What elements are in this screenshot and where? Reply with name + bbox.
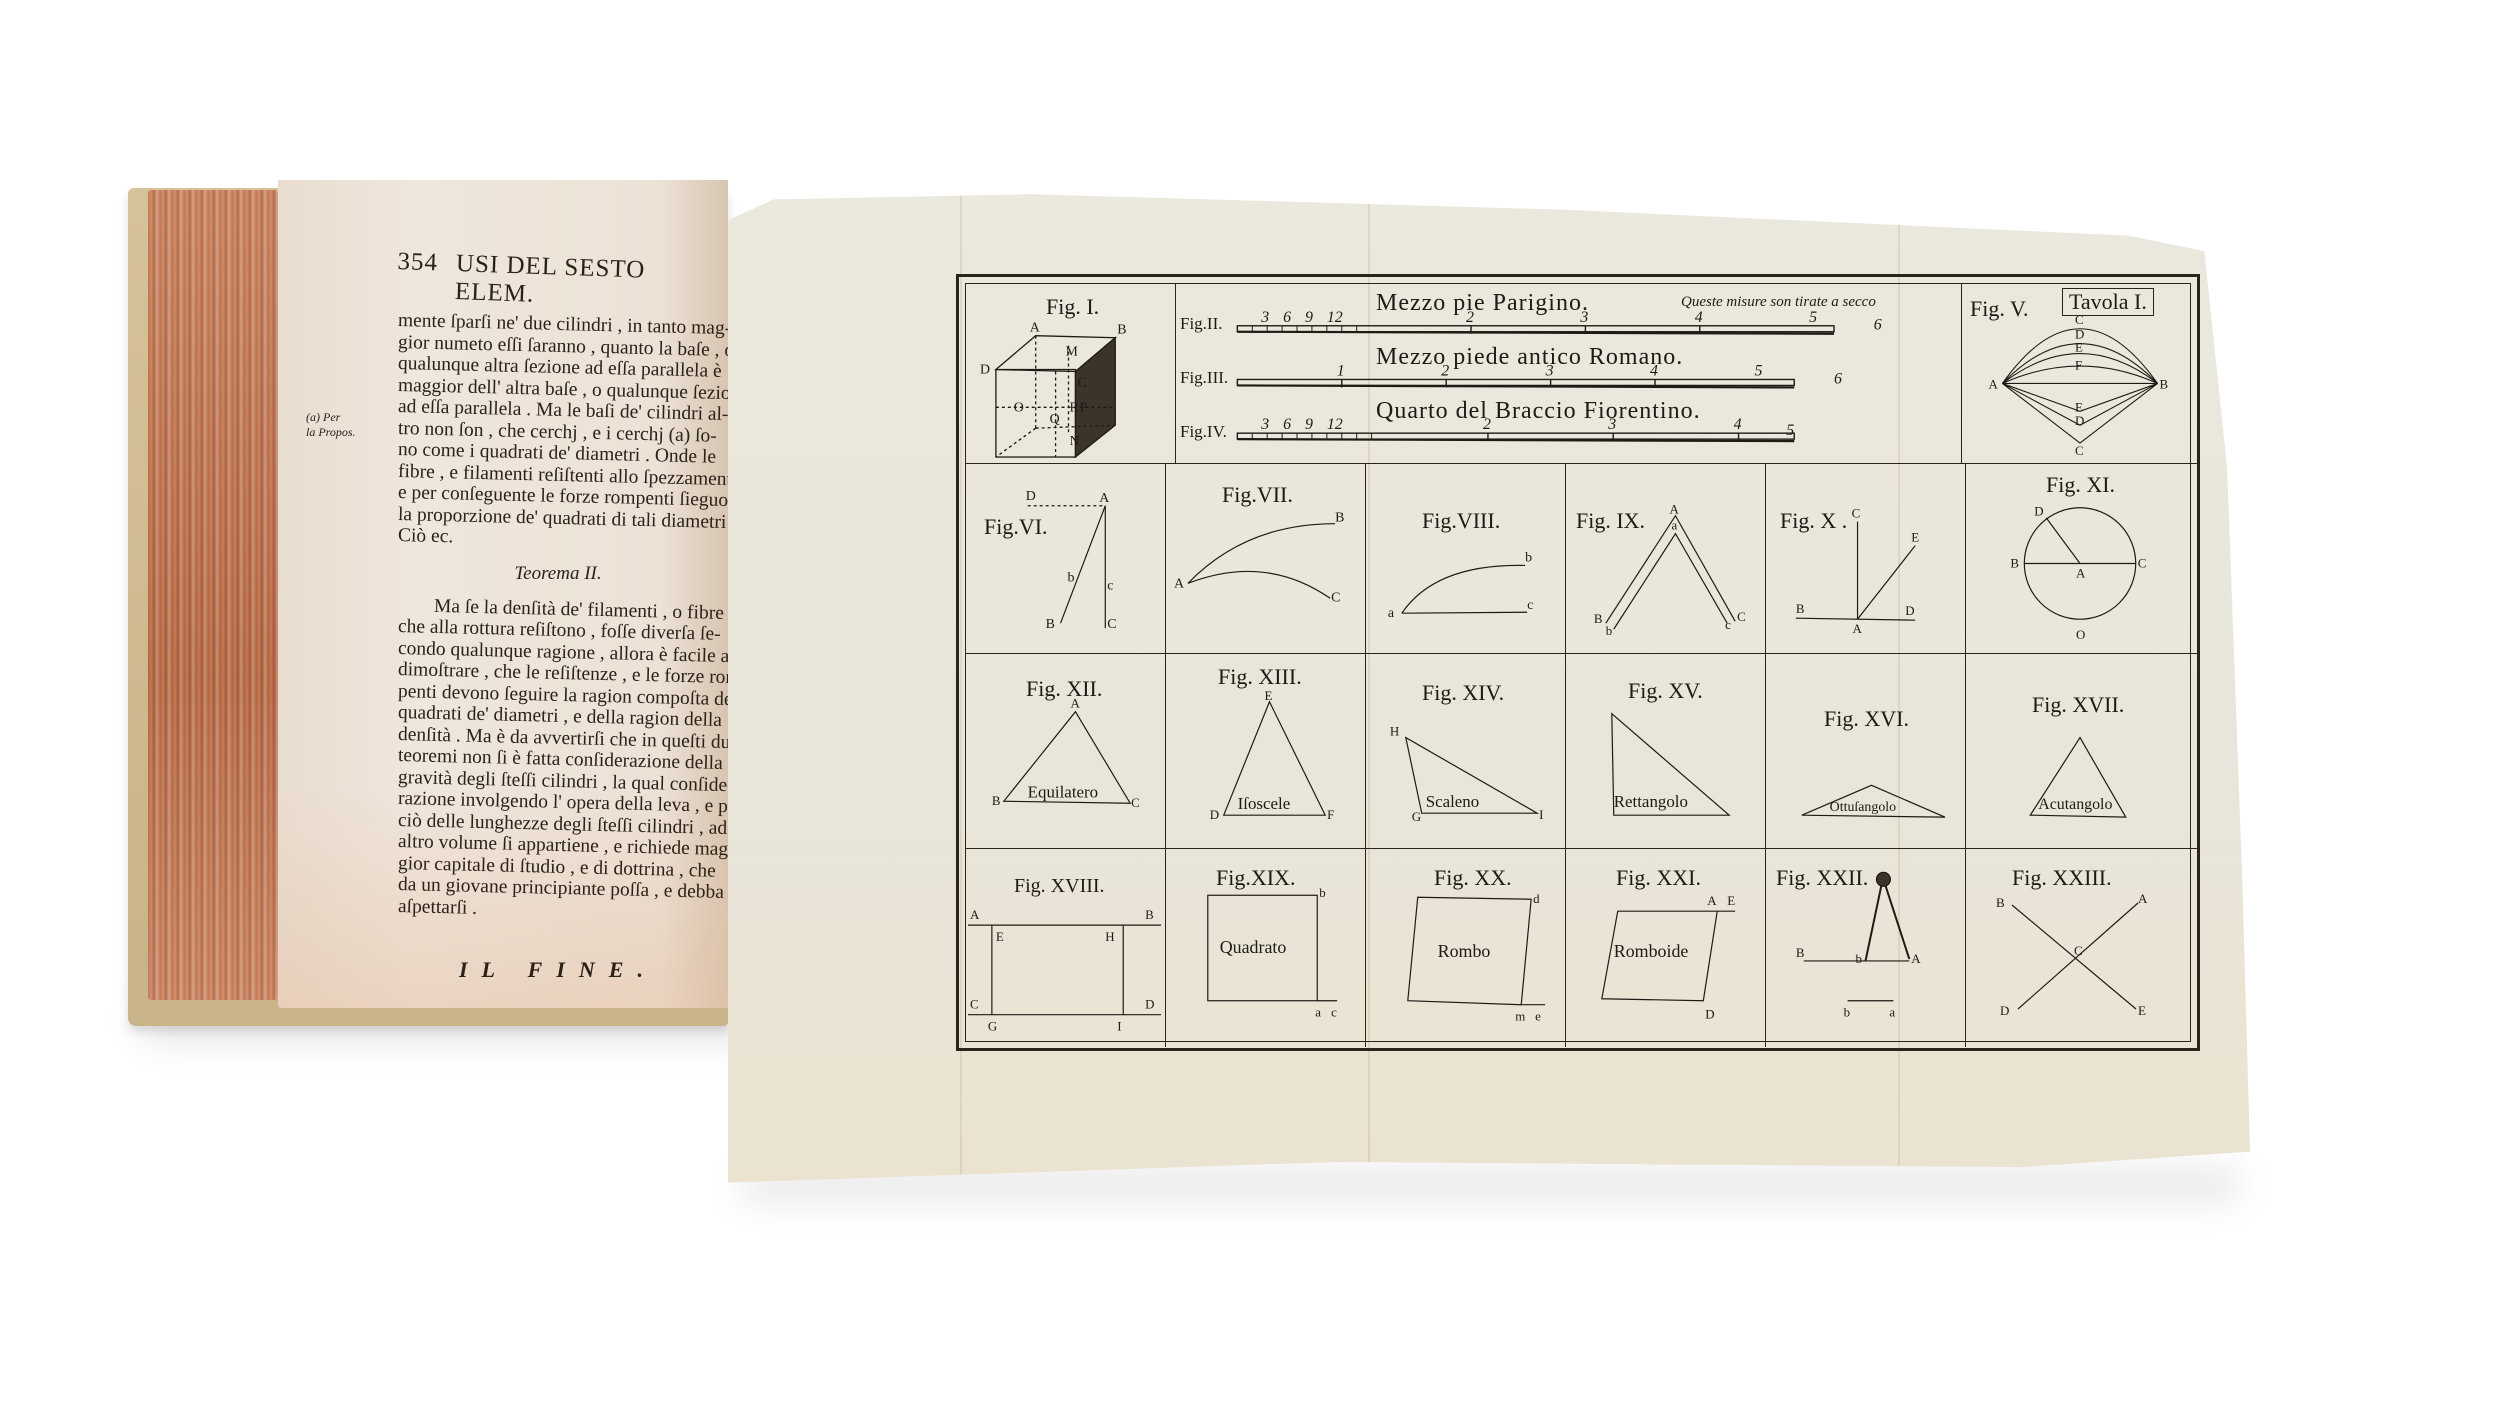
paragraph-1: mente ſparſi ne' due cilindri , in tanto… [398,310,718,547]
svg-text:d: d [1533,891,1540,906]
svg-text:9: 9 [1305,416,1313,433]
svg-text:O: O [2076,627,2085,642]
svg-text:3: 3 [1260,416,1269,433]
svg-text:H: H [1105,929,1114,944]
plate-inner-frame: Fig. I. ABDMCORPQN Mezzo pie Parigino. Q… [965,283,2191,1042]
svg-text:5: 5 [1809,309,1817,326]
svg-text:B: B [2160,376,2169,391]
rhombus-diagram: dme Rombo [1366,849,1565,1047]
arcs-diagram: ABCDEFEDC [1962,284,2198,463]
svg-text:B: B [1335,511,1344,526]
cell-fig-9: Fig. IX. AaBbcC [1566,464,1766,654]
svg-text:C: C [1077,375,1086,390]
svg-text:B: B [2010,555,2019,570]
cell-fig-8: Fig.VIII. abc [1366,464,1566,654]
svg-text:c: c [1527,598,1533,613]
finis: IL FINE. [398,957,718,983]
cell-scales: Mezzo pie Parigino. Queste misure son ti… [1176,284,1962,464]
svg-text:B: B [1046,617,1055,632]
svg-text:B: B [1796,601,1805,616]
cell-fig-14: Fig. XIV. HGI Scaleno [1366,654,1566,849]
triangle-diagram: ABC Equilatero [966,654,1165,848]
svg-text:A: A [1911,951,1921,966]
svg-text:E: E [2138,1003,2146,1018]
svg-text:Acutangolo: Acutangolo [2038,796,2112,813]
svg-text:H: H [1390,724,1399,739]
svg-text:Equilatero: Equilatero [1028,782,1098,801]
paragraph-2: Ma ſe la denſità de' filamenti , o fibre… [398,595,718,918]
cell-fig-20: Fig. XX. dme Rombo [1366,849,1566,1047]
lines-diagram: DAbcBC [966,464,1165,653]
cell-fig-10: Fig. X . CEBDA [1766,464,1966,654]
svg-text:5: 5 [1786,422,1794,439]
page-number: 354 [396,248,438,305]
svg-text:A: A [970,907,980,922]
cell-fig-12: Fig. XII. ABC Equilatero [966,654,1166,849]
svg-text:6: 6 [1874,317,1882,334]
arcs-diagram: ABC [1166,464,1365,653]
arc-chord-diagram: abc [1366,464,1565,653]
svg-text:A: A [1174,576,1184,591]
svg-text:O: O [1014,400,1024,415]
svg-text:G: G [1412,809,1421,824]
svg-text:3: 3 [1579,309,1588,326]
svg-text:B: B [1117,323,1126,338]
svg-text:5: 5 [1754,362,1762,379]
svg-text:Romboide: Romboide [1614,941,1689,961]
svg-text:c: c [1331,1005,1337,1020]
svg-text:Quadrato: Quadrato [1220,937,1287,957]
svg-text:a: a [1388,606,1394,621]
svg-text:6: 6 [1834,370,1842,387]
red-sprinkled-page-edges [148,190,278,1000]
svg-text:3: 3 [1545,362,1554,379]
svg-text:3: 3 [1607,416,1616,433]
rhomboid-diagram: AED Romboide [1566,849,1765,1047]
svg-text:B: B [1594,611,1603,626]
svg-text:D: D [2075,413,2084,428]
cell-fig-16: Fig. XVI. Ottuſangolo [1766,654,1966,849]
cell-fig-23: Fig. XXIII. BACDE [1966,849,2198,1047]
svg-text:C: C [1852,506,1861,521]
svg-text:D: D [1026,489,1036,504]
cell-fig-19: Fig.XIX. bac Quadrato [1166,849,1366,1047]
svg-text:C: C [1107,617,1116,632]
circle-diagram: DBACO [1966,464,2198,653]
svg-text:b: b [1319,885,1325,900]
square-diagram: bac Quadrato [1166,849,1365,1047]
triangle-diagram: Acutangolo [1966,654,2198,848]
page-text-block: (a) Per la Propos. 354 USI DEL SESTO ELE… [398,248,718,983]
cell-fig-17: Fig. XVII. Acutangolo [1966,654,2198,849]
svg-text:D: D [1145,997,1154,1012]
svg-text:12: 12 [1327,416,1343,433]
theorem-heading: Teorema II. [398,563,718,585]
svg-text:c: c [1725,617,1731,632]
svg-text:A: A [1030,321,1040,336]
left-text-page: (a) Per la Propos. 354 USI DEL SESTO ELE… [278,180,728,1008]
svg-text:Q: Q [1050,412,1060,427]
margin-note: (a) Per la Propos. [306,410,356,440]
triangle-diagram: HGI Scaleno [1366,654,1565,848]
svg-text:C: C [2075,312,2084,327]
svg-text:I: I [1539,807,1543,822]
svg-text:A: A [1853,621,1863,636]
svg-text:E: E [1911,530,1919,545]
svg-text:B: B [1996,895,2005,910]
rectangle-diagram: ABEHCDGI [966,849,1165,1047]
svg-text:4: 4 [1734,416,1742,433]
svg-text:A: A [1099,491,1109,506]
svg-text:2: 2 [1441,362,1449,379]
svg-text:m: m [1515,1009,1525,1024]
svg-text:b: b [1606,623,1612,638]
angles-diagram: CEBDA [1766,464,1965,653]
svg-text:C: C [1131,795,1140,810]
svg-text:E: E [1727,893,1735,908]
svg-text:a: a [1889,1005,1895,1020]
svg-text:F: F [2075,358,2082,373]
svg-text:2: 2 [1483,416,1491,433]
svg-text:E: E [2075,340,2083,355]
svg-text:E: E [996,929,1004,944]
svg-text:D: D [1905,603,1914,618]
svg-text:A: A [1669,502,1679,517]
svg-text:C: C [2075,443,2084,458]
svg-text:e: e [1535,1009,1541,1024]
svg-text:1: 1 [1337,362,1345,379]
svg-text:A: A [2138,891,2148,906]
svg-text:9: 9 [1305,309,1313,326]
measurement-scales: 36912 23456 123456 36912 2345 [1176,284,1961,463]
svg-text:B: B [1796,945,1805,960]
running-head-title: USI DEL SESTO ELEM. [455,250,718,315]
compass-diagram: BbAba [1766,849,1965,1047]
svg-text:B: B [992,793,1001,808]
svg-text:A: A [2076,565,2086,580]
plate-engraving-frame: Fig. I. ABDMCORPQN Mezzo pie Parigino. Q… [956,274,2200,1051]
svg-text:D: D [1210,807,1219,822]
svg-text:A: A [1070,696,1080,711]
svg-text:Rombo: Rombo [1438,941,1491,961]
svg-text:6: 6 [1283,416,1291,433]
cell-fig-6: Fig.VI. DAbcBC [966,464,1166,654]
svg-text:N: N [1070,434,1080,449]
svg-text:E: E [1265,688,1273,703]
running-head: 354 USI DEL SESTO ELEM. [396,248,718,315]
svg-text:Rettangolo: Rettangolo [1614,792,1688,811]
cell-fig-22: Fig. XXII. BbAba [1766,849,1966,1047]
cell-fig-5: Tavola I. Fig. V. ABCDEFEDC [1962,284,2198,464]
svg-text:F: F [1327,807,1334,822]
open-book: (a) Per la Propos. 354 USI DEL SESTO ELE… [128,180,728,1020]
svg-text:C: C [1737,609,1746,624]
svg-text:A: A [1707,893,1717,908]
svg-text:C: C [970,997,979,1012]
svg-text:D: D [1705,1007,1714,1022]
svg-text:D: D [980,363,990,378]
cell-fig-18: Fig. XVIII. ABEHCDGI [966,849,1166,1047]
svg-text:C: C [2074,943,2083,958]
svg-text:I: I [1117,1019,1121,1034]
cell-fig-15: Fig. XV. Rettangolo [1566,654,1766,849]
cell-fig-11: Fig. XI. DBACO [1966,464,2198,654]
svg-text:E: E [2075,399,2083,414]
triangle-diagram: Ottuſangolo [1766,654,1965,848]
svg-text:R: R [1070,400,1080,415]
svg-text:B: B [1145,907,1154,922]
svg-text:6: 6 [1283,309,1291,326]
svg-text:b: b [1067,570,1074,585]
svg-text:a: a [1315,1005,1321,1020]
svg-text:b: b [1856,951,1862,966]
svg-text:D: D [2000,1003,2009,1018]
svg-text:3: 3 [1260,309,1269,326]
svg-text:C: C [2138,555,2147,570]
svg-text:A: A [1989,376,1999,391]
crossing-lines-diagram: BACDE [1966,849,2198,1047]
svg-text:C: C [1331,590,1340,605]
cube-diagram: ABDMCORPQN [966,284,1175,463]
svg-text:c: c [1107,578,1113,593]
svg-text:Scaleno: Scaleno [1426,792,1480,811]
triangle-diagram: Rettangolo [1566,654,1765,848]
angle-diagram: AaBbcC [1566,464,1765,653]
svg-text:b: b [1525,550,1532,565]
cell-fig-7: Fig.VII. ABC [1166,464,1366,654]
svg-text:D: D [2034,504,2043,519]
cell-fig-13: Fig. XIII. EDF Iſoscele [1166,654,1366,849]
triangle-diagram: EDF Iſoscele [1166,654,1365,848]
svg-text:Iſoscele: Iſoscele [1238,794,1291,813]
cell-fig-21: Fig. XXI. AED Romboide [1566,849,1766,1047]
svg-text:12: 12 [1327,309,1343,326]
cell-fig-1: Fig. I. ABDMCORPQN [966,284,1176,464]
svg-text:G: G [988,1019,997,1034]
svg-text:2: 2 [1466,309,1474,326]
svg-text:4: 4 [1695,309,1703,326]
svg-text:a: a [1671,518,1677,533]
svg-text:P: P [1079,400,1087,415]
svg-text:Ottuſangolo: Ottuſangolo [1830,800,1896,815]
svg-text:M: M [1066,345,1078,360]
svg-text:b: b [1844,1005,1850,1020]
svg-text:4: 4 [1650,362,1658,379]
